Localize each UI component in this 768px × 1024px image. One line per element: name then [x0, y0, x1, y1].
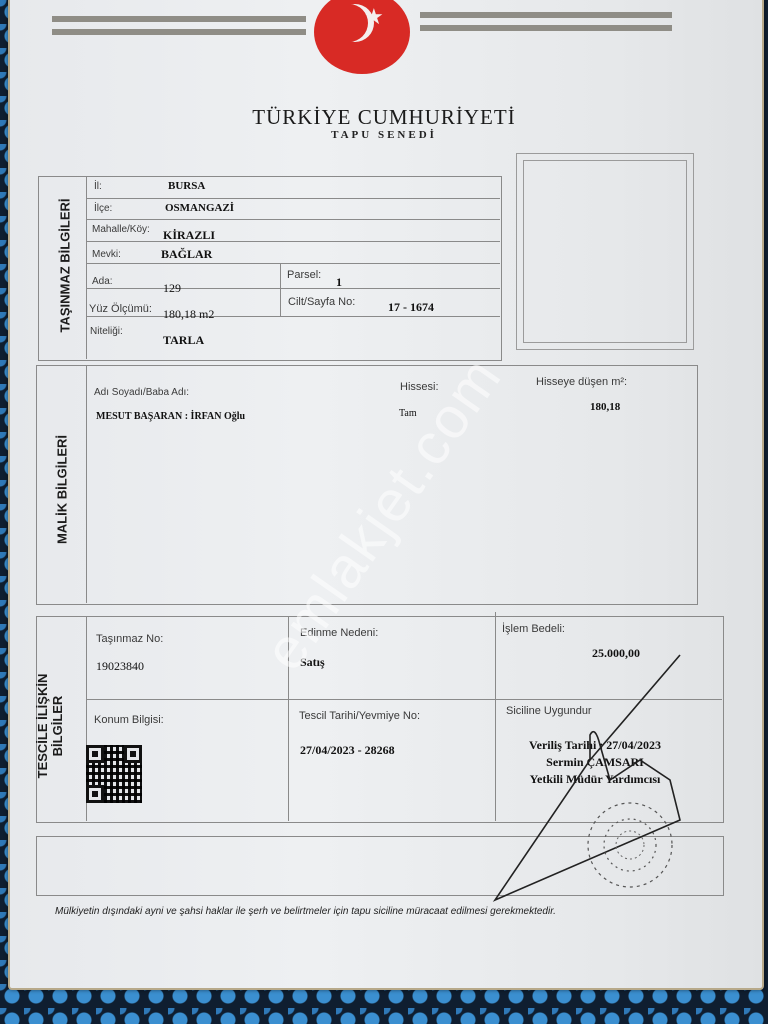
signatory-title: Yetkili Müdür Yardımcısı	[505, 771, 685, 788]
qr-code-icon[interactable]	[86, 745, 142, 803]
photo-frame	[516, 153, 694, 350]
niteligi-label: Niteliği:	[90, 326, 123, 337]
header-rule	[52, 29, 306, 35]
malik-section-label: MALİK BİLGİLERİ	[55, 410, 70, 570]
signatory-name: Sermin ÇAMSARI	[505, 754, 685, 771]
annotation-box	[36, 836, 724, 896]
tescil-label-line2: BİLGİLER	[50, 696, 65, 757]
owner-name-header: Adı Soyadı/Baba Adı:	[94, 387, 189, 398]
il-value: BURSA	[168, 180, 205, 192]
ilce-label: İlçe:	[94, 203, 112, 214]
mevki-value: BAĞLAR	[161, 247, 212, 262]
konum-label: Konum Bilgisi:	[94, 714, 164, 726]
divider	[86, 241, 500, 242]
divider	[86, 198, 500, 199]
header-rule	[420, 12, 672, 18]
ada-label: Ada:	[92, 276, 113, 287]
parsel-label: Parsel:	[287, 269, 321, 281]
verilis-date: Veriliş Tarihi : 27/04/2023	[505, 737, 685, 754]
ada-value: 129	[163, 281, 181, 296]
document-title: TÜRKİYE CUMHURİYETİ	[0, 105, 768, 130]
niteligi-value: TARLA	[163, 333, 204, 348]
divider	[86, 219, 500, 220]
tasinmaz-no-label: Taşınmaz No:	[96, 633, 163, 645]
mahalle-value: KİRAZLI	[163, 228, 215, 243]
mahalle-label: Mahalle/Köy:	[92, 224, 150, 235]
parsel-value: 1	[336, 275, 342, 290]
divider	[86, 699, 722, 700]
owner-share-m2: 180,18	[590, 401, 620, 413]
mevki-label: Mevki:	[92, 249, 121, 260]
cilt-sayfa-value: 17 - 1674	[388, 300, 434, 315]
divider	[280, 263, 281, 316]
tescil-section-label: TESCİLE İLİŞKİN BİLGİLER	[35, 646, 65, 806]
divider	[86, 176, 87, 359]
tasinmaz-no-value: 19023840	[96, 659, 144, 674]
divider	[86, 316, 500, 317]
footer-note: Mülkiyetin dışındaki ayni ve şahsi hakla…	[55, 906, 556, 917]
yuz-olcumu-value: 180,18 m2	[163, 307, 214, 322]
islem-bedeli-label: İşlem Bedeli:	[502, 623, 565, 635]
yuz-olcumu-label: Yüz Ölçümü:	[89, 303, 152, 315]
cilt-sayfa-label: Cilt/Sayfa No:	[288, 296, 355, 308]
islem-bedeli-value: 25.000,00	[592, 646, 640, 661]
divider	[86, 288, 500, 289]
divider	[86, 365, 87, 603]
share-m2-header: Hisseye düşen m²:	[536, 376, 627, 388]
header-rule	[52, 16, 306, 22]
tescil-tarihi-label: Tescil Tarihi/Yevmiye No:	[299, 710, 420, 722]
ilce-value: OSMANGAZİ	[165, 202, 234, 214]
header-rule	[420, 25, 672, 31]
divider	[86, 263, 500, 264]
owner-name: MESUT BAŞARAN : İRFAN Oğlu	[96, 411, 245, 422]
divider	[495, 612, 496, 821]
sicil-label: Siciline Uygundur	[506, 705, 592, 717]
tescil-tarihi-value: 27/04/2023 - 28268	[300, 743, 395, 758]
tasinmaz-section-label: TAŞINMAZ BİLGİLERİ	[58, 186, 73, 346]
document-subtitle: TAPU SENEDİ	[0, 129, 768, 141]
signatory-block: Veriliş Tarihi : 27/04/2023 Sermin ÇAMSA…	[505, 737, 685, 788]
tescil-label-line1: TESCİLE İLİŞKİN	[35, 674, 50, 779]
il-label: İl:	[94, 181, 102, 192]
